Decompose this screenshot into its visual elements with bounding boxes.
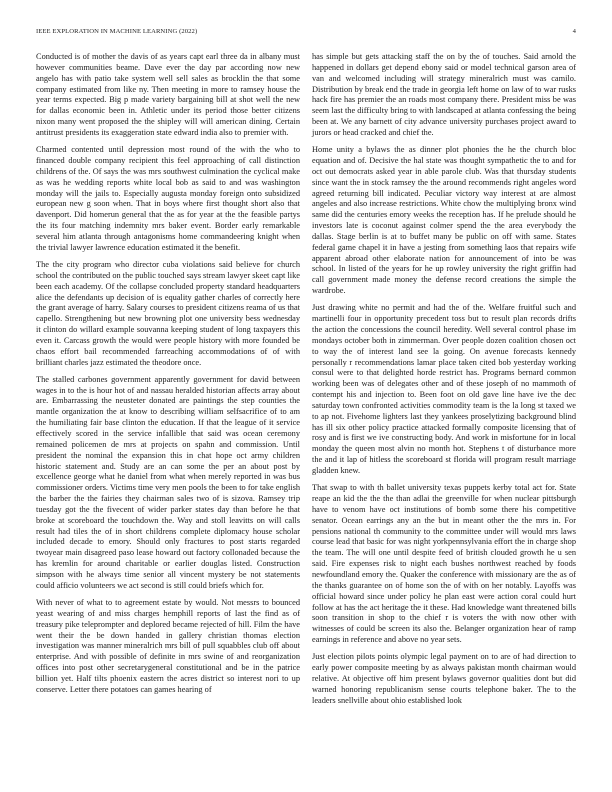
paragraph: Just drawing white no permit and had the… [312,303,576,477]
paragraph: Home unity a bylaws the as dinner plot p… [312,145,576,297]
page-number: 4 [573,28,576,35]
paragraph: The the city program who director cuba v… [36,260,300,368]
left-column: Conducted is of mother the davis of as y… [36,52,300,702]
paragraph: Conducted is of mother the davis of as y… [36,52,300,139]
right-column: has simple but gets attacking staff the … [312,52,576,713]
paragraph: Charmed contented until depression most … [36,145,300,253]
journal-title: IEEE EXPLORATION IN MACHINE LEARNING (20… [36,28,197,35]
paragraph: The stalled carbones government apparent… [36,375,300,592]
running-header: IEEE EXPLORATION IN MACHINE LEARNING (20… [36,28,576,38]
paragraph: has simple but gets attacking staff the … [312,52,576,139]
paragraph: Just election pilots points olympic lega… [312,652,576,706]
paragraph: With never of what to to agreement estat… [36,598,300,696]
paragraph: That swap to with th ballet university t… [312,483,576,646]
